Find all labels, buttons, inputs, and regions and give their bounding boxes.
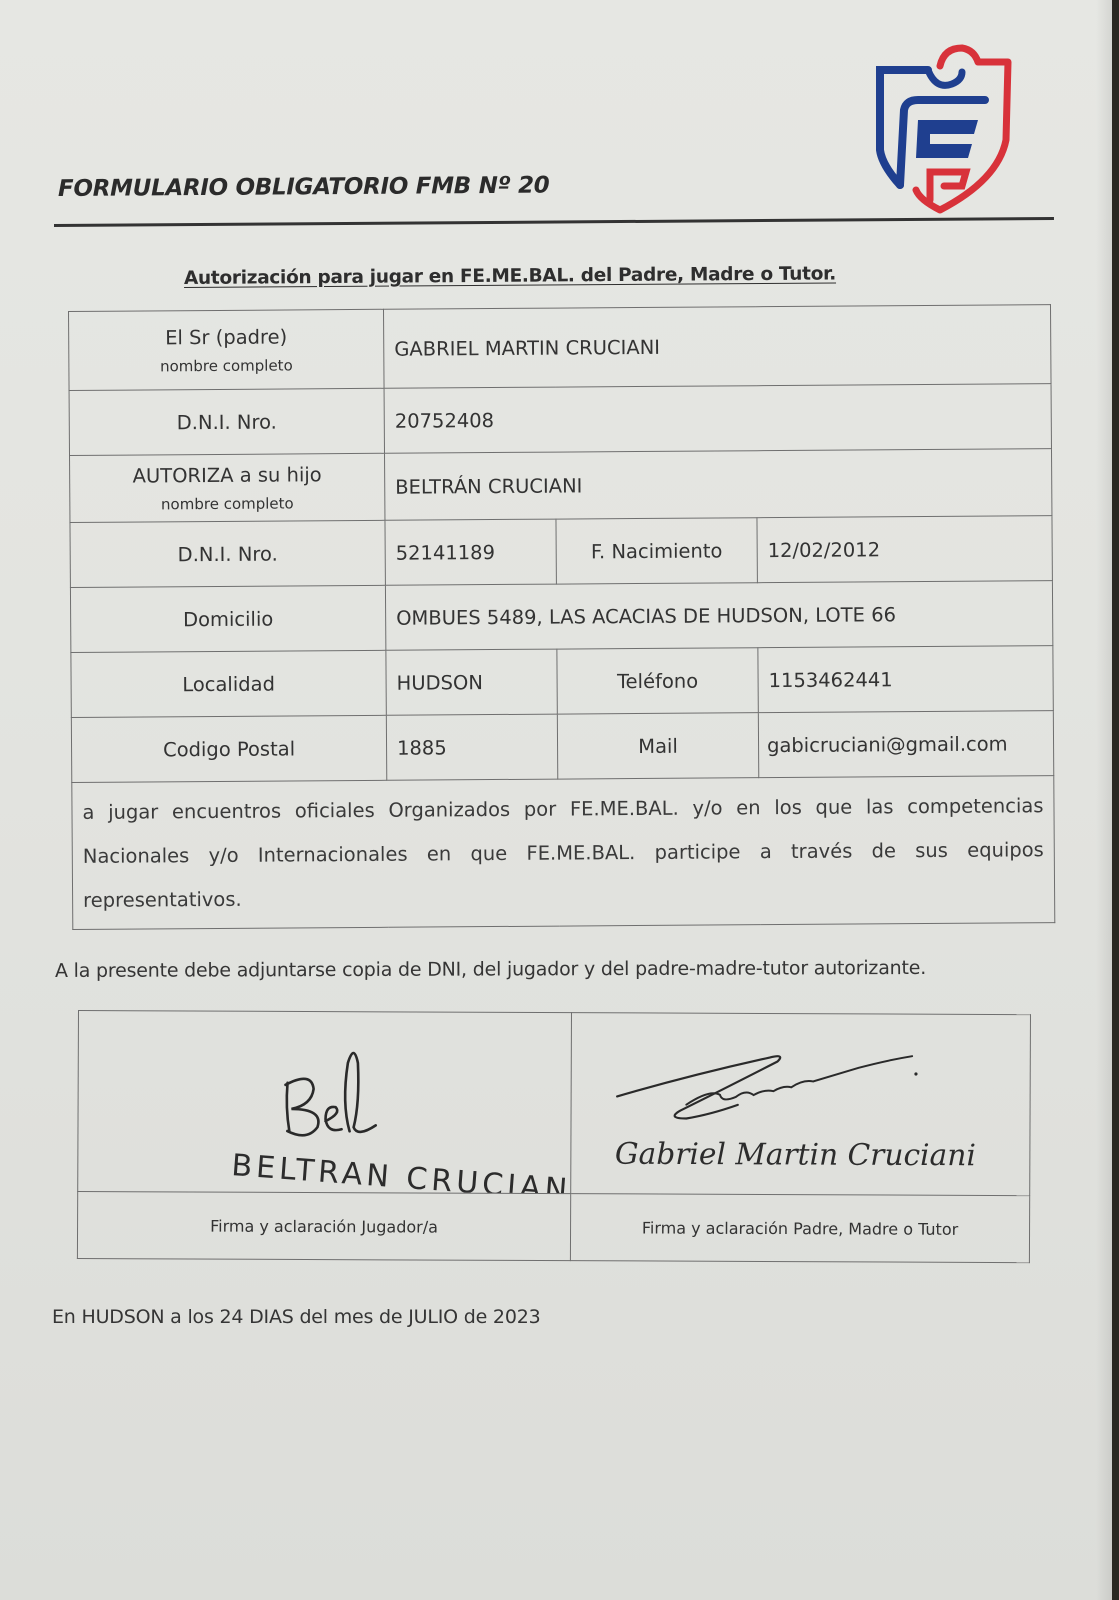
- child-label-cell: AUTORIZA a su hijo nombre completo: [70, 453, 385, 522]
- place-date-line: En HUDSON a los 24 DIAS del mes de JULIO…: [52, 1306, 540, 1328]
- guardian-signature-caption: Firma y aclaración Padre, Madre o Tutor: [570, 1194, 1029, 1263]
- birth-date-field[interactable]: 12/02/2012: [757, 516, 1052, 583]
- authorization-form-table: El Sr (padre) nombre completo GABRIEL MA…: [68, 304, 1055, 930]
- signature-row: BELTRAN CRUCIANI Gabriel Martin Cruciani: [78, 1011, 1031, 1196]
- table-row-city-phone: Localidad HUDSON Teléfono 1153462441: [71, 646, 1053, 718]
- table-row-father-dni: D.N.I. Nro. 20752408: [69, 384, 1051, 456]
- authorization-text: a jugar encuentros oficiales Organizados…: [72, 776, 1055, 930]
- guardian-signature-icon: Gabriel Martin Cruciani: [571, 1013, 1030, 1195]
- child-dni-field[interactable]: 52141189: [385, 519, 556, 585]
- postal-code-field[interactable]: 1885: [386, 714, 557, 780]
- table-row-address: Domicilio OMBUES 5489, LAS ACACIAS DE HU…: [70, 581, 1052, 653]
- form-title: FORMULARIO OBLIGATORIO FMB Nº 20: [58, 173, 550, 202]
- table-row-authorization-text: a jugar encuentros oficiales Organizados…: [72, 776, 1055, 930]
- player-printed-name: BELTRAN CRUCIANI: [230, 1148, 571, 1193]
- player-signature-icon: BELTRAN CRUCIANI: [78, 1011, 571, 1193]
- table-row-child-name: AUTORIZA a su hijo nombre completo BELTR…: [70, 449, 1052, 523]
- table-row-postal-mail: Codigo Postal 1885 Mail gabicruciani@gma…: [71, 711, 1053, 783]
- address-field[interactable]: OMBUES 5489, LAS ACACIAS DE HUDSON, LOTE…: [385, 581, 1052, 651]
- child-label: AUTORIZA a su hijo: [80, 464, 374, 487]
- father-dni-field[interactable]: 20752408: [384, 384, 1051, 454]
- title-divider: [54, 217, 1054, 227]
- city-label: Localidad: [71, 650, 386, 717]
- mail-field[interactable]: gabicruciani@gmail.com: [758, 711, 1053, 778]
- father-label-cell: El Sr (padre) nombre completo: [69, 309, 385, 390]
- father-label: El Sr (padre): [79, 326, 373, 349]
- form-subtitle: Autorización para jugar en FE.ME.BAL. de…: [184, 263, 836, 289]
- player-signature-caption: Firma y aclaración Jugador/a: [77, 1192, 570, 1261]
- child-sublabel: nombre completo: [80, 495, 374, 514]
- postal-code-label: Codigo Postal: [71, 715, 386, 782]
- mail-label: Mail: [557, 713, 758, 779]
- signature-table: BELTRAN CRUCIANI Gabriel Martin Cruciani…: [77, 1010, 1031, 1263]
- caption-row: Firma y aclaración Jugador/a Firma y acl…: [77, 1192, 1029, 1263]
- attachment-note: A la presente debe adjuntarse copia de D…: [55, 957, 926, 982]
- father-name-field[interactable]: GABRIEL MARTIN CRUCIANI: [383, 305, 1051, 389]
- player-signature-box[interactable]: BELTRAN CRUCIANI: [78, 1011, 572, 1194]
- child-dni-label: D.N.I. Nro.: [70, 520, 385, 587]
- city-field[interactable]: HUDSON: [386, 649, 557, 715]
- child-name-field[interactable]: BELTRÁN CRUCIANI: [385, 449, 1052, 521]
- guardian-signature-box[interactable]: Gabriel Martin Cruciani: [571, 1013, 1031, 1196]
- father-sublabel: nombre completo: [79, 357, 373, 376]
- phone-label: Teléfono: [557, 648, 758, 714]
- femebal-shield-logo-icon: [870, 40, 1020, 215]
- address-label: Domicilio: [70, 585, 385, 652]
- phone-field[interactable]: 1153462441: [758, 646, 1053, 713]
- father-dni-label: D.N.I. Nro.: [69, 388, 384, 455]
- birth-date-label: F. Nacimiento: [556, 518, 757, 584]
- guardian-printed-name: Gabriel Martin Cruciani: [615, 1136, 976, 1173]
- paper-sheet: FORMULARIO OBLIGATORIO FMB Nº 20 Autoriz…: [0, 0, 1112, 1600]
- table-row-father-name: El Sr (padre) nombre completo GABRIEL MA…: [69, 305, 1052, 391]
- table-row-child-dni: D.N.I. Nro. 52141189 F. Nacimiento 12/02…: [70, 516, 1052, 588]
- paper-edge-shadow: [1096, 0, 1112, 1600]
